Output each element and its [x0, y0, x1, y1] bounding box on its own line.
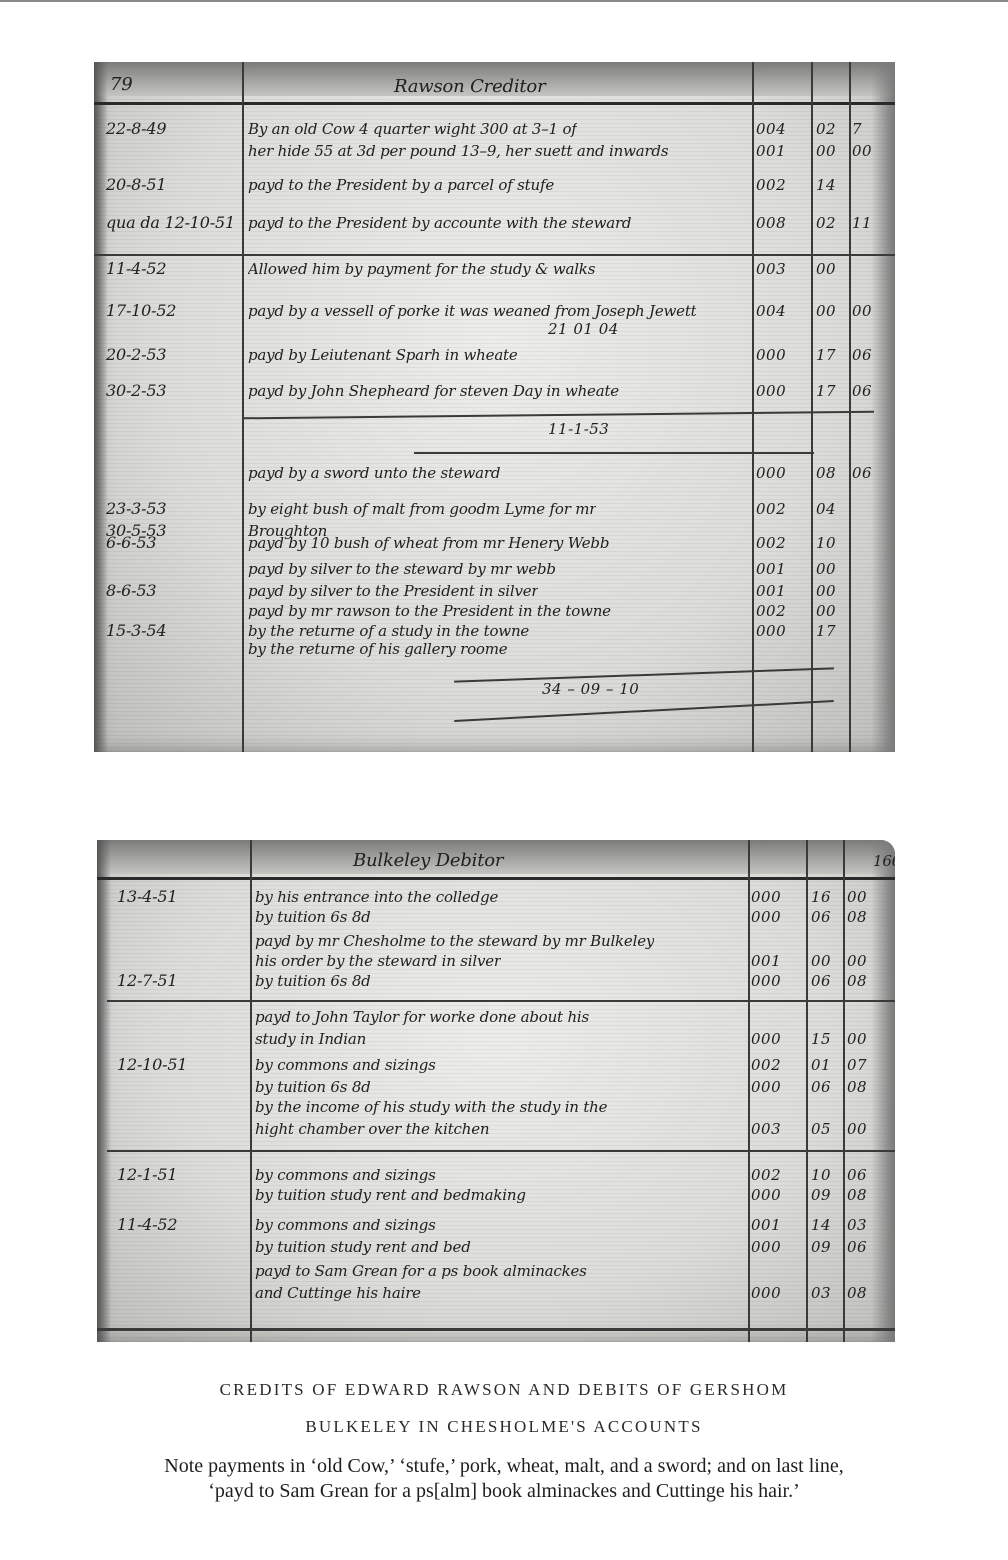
entry-shillings: 00	[816, 582, 836, 600]
entry-shillings: 17	[816, 622, 836, 640]
entry-description: by eight bush of malt from goodm Lyme fo…	[248, 500, 596, 518]
entry-shillings: 04	[816, 500, 836, 518]
ledger-page-number: 79	[110, 76, 133, 94]
bottom-rule	[97, 1328, 895, 1331]
top-border-rule	[0, 0, 1008, 2]
entry-date: 17-10-52	[106, 302, 176, 320]
entry-date: 12-7-51	[117, 972, 177, 990]
entry-shillings: 05	[811, 1120, 831, 1138]
entry-description: payd by mr Chesholme to the steward by m…	[255, 932, 654, 950]
entry-pence: 7	[852, 120, 862, 138]
entry-date: 13-4-51	[117, 888, 177, 906]
entry-shillings: 15	[811, 1030, 831, 1048]
total-rule-lower	[454, 700, 834, 722]
entry-date: 6-6-53	[106, 534, 156, 552]
entry-shillings: 06	[811, 908, 831, 926]
ledger-total: 34 – 09 – 10	[542, 680, 639, 698]
entry-pence: 08	[847, 908, 867, 926]
entry-date: 30-2-53	[106, 382, 166, 400]
entry-description: by tuition study rent and bedmaking	[255, 1186, 526, 1204]
entry-description: by commons and sizings	[255, 1166, 436, 1184]
entry-description: hight chamber over the kitchen	[255, 1120, 489, 1138]
entry-description: 11-1-53	[548, 420, 609, 438]
entry-description: Allowed him by payment for the study & w…	[248, 260, 595, 278]
entry-pounds: 000	[751, 1238, 781, 1256]
entry-description: by the income of his study with the stud…	[255, 1098, 607, 1116]
entry-pounds: 000	[756, 346, 786, 364]
entry-description: payd by a vessell of porke it was weaned…	[248, 302, 696, 320]
entry-pence: 08	[847, 1186, 867, 1204]
entry-date: 22-8-49	[106, 120, 166, 138]
entry-pence: 00	[847, 952, 867, 970]
entry-description: by commons and sizings	[255, 1216, 436, 1234]
entry-pounds: 003	[756, 260, 786, 278]
entry-description: payd by John Shepheard for steven Day in…	[248, 382, 619, 400]
entry-description: study in Indian	[255, 1030, 366, 1048]
entry-pounds: 000	[756, 464, 786, 482]
entry-pence: 00	[852, 142, 872, 160]
entry-shillings: 01	[811, 1056, 831, 1074]
entry-shillings: 03	[811, 1284, 831, 1302]
entry-shillings: 00	[816, 560, 836, 578]
entry-shillings: 06	[811, 972, 831, 990]
entry-pounds: 001	[756, 142, 786, 160]
entry-shillings: 17	[816, 382, 836, 400]
caption-note-line-2: ‘payd to Sam Grean for a ps[alm] book al…	[0, 1479, 1008, 1504]
entry-description: payd by Leiutenant Sparh in wheate	[248, 346, 518, 364]
header-rule	[97, 877, 895, 880]
entry-pence: 11	[852, 214, 872, 232]
entry-date: 20-8-51	[106, 176, 166, 194]
ledger-title: Bulkeley Debitor	[353, 852, 503, 870]
entry-shillings: 06	[811, 1078, 831, 1096]
entry-description: payd by 10 bush of wheat from mr Henery …	[248, 534, 609, 552]
entry-shillings: 09	[811, 1238, 831, 1256]
entry-pence: 00	[847, 1120, 867, 1138]
entry-pence: 07	[847, 1056, 867, 1074]
entry-pounds: 002	[751, 1056, 781, 1074]
entry-date: 11-4-52	[117, 1216, 177, 1234]
entry-description: by tuition study rent and bed	[255, 1238, 471, 1256]
entry-date: 20-2-53	[106, 346, 166, 364]
total-rule-upper	[454, 667, 834, 682]
entry-shillings: 09	[811, 1186, 831, 1204]
entry-date: 12-1-51	[117, 1166, 177, 1184]
entry-pence: 08	[847, 972, 867, 990]
entry-description: by tuition 6s 8d	[255, 908, 371, 926]
subtotal-rule	[414, 452, 814, 454]
pounds-column-rule	[748, 840, 750, 1342]
entry-description: by commons and sizings	[255, 1056, 436, 1074]
entry-pounds: 001	[756, 560, 786, 578]
date-column-rule	[242, 62, 244, 752]
entry-pounds: 002	[756, 602, 786, 620]
entry-description: payd by silver to the steward by mr webb	[248, 560, 556, 578]
entry-pounds: 004	[756, 120, 786, 138]
entry-shillings: 14	[811, 1216, 831, 1234]
entry-shillings: 00	[816, 602, 836, 620]
entry-pounds: 003	[751, 1120, 781, 1138]
entry-pounds: 000	[751, 888, 781, 906]
entry-description: by his entrance into the colledge	[255, 888, 498, 906]
entry-description: by tuition 6s 8d	[255, 972, 371, 990]
pence-column-rule	[843, 840, 845, 1342]
entry-shillings: 17	[816, 346, 836, 364]
entry-description: payd by a sword unto the steward	[248, 464, 500, 482]
entry-shillings: 00	[816, 260, 836, 278]
entry-shillings: 00	[816, 302, 836, 320]
ledger-page-number: 166	[873, 852, 895, 870]
entry-date: 11-4-52	[106, 260, 166, 278]
caption-note-line-1: Note payments in ‘old Cow,’ ‘stufe,’ por…	[0, 1454, 1008, 1479]
entry-description: payd to Sam Grean for a ps book alminack…	[255, 1262, 587, 1280]
entry-pounds: 002	[751, 1166, 781, 1184]
header-rule	[94, 102, 895, 105]
ledger-photo-rawson-creditor: 79 Rawson Creditor 22-8-49By an old Cow …	[94, 62, 895, 752]
entry-pounds: 002	[756, 534, 786, 552]
entry-shillings: 10	[816, 534, 836, 552]
entry-shillings: 14	[816, 176, 836, 194]
entry-description: by the returne of a study in the towne	[248, 622, 529, 640]
entry-shillings: 10	[811, 1166, 831, 1184]
entry-pence: 00	[847, 888, 867, 906]
entry-description: by tuition 6s 8d	[255, 1078, 371, 1096]
entry-pence: 03	[847, 1216, 867, 1234]
entry-description: by the returne of his gallery roome	[248, 640, 507, 658]
ledger-photo-bulkeley-debitor: 166 Bulkeley Debitor 13-4-51by his entra…	[97, 840, 895, 1342]
entry-description: payd by mr rawson to the President in th…	[248, 602, 611, 620]
entry-shillings: 02	[816, 214, 836, 232]
entry-pounds: 001	[756, 582, 786, 600]
entry-pounds: 000	[751, 1030, 781, 1048]
entry-shillings: 08	[816, 464, 836, 482]
entry-pounds: 008	[756, 214, 786, 232]
entry-description: payd to the President by a parcel of stu…	[248, 176, 554, 194]
entry-date: 8-6-53	[106, 582, 156, 600]
entry-description: payd by silver to the President in silve…	[248, 582, 538, 600]
ledger-title: Rawson Creditor	[394, 78, 545, 96]
entry-date: 15-3-54	[106, 622, 166, 640]
entry-pounds: 001	[751, 952, 781, 970]
entry-pence: 06	[852, 346, 872, 364]
entry-shillings: 16	[811, 888, 831, 906]
section-rule	[107, 1000, 895, 1002]
entry-shillings: 00	[816, 142, 836, 160]
section-rule	[107, 1150, 895, 1152]
entry-pounds: 000	[751, 1186, 781, 1204]
entry-description: and Cuttinge his haire	[255, 1284, 421, 1302]
entry-pounds: 002	[756, 500, 786, 518]
entry-pounds: 000	[751, 908, 781, 926]
entry-pence: 00	[852, 302, 872, 320]
caption-title-line-1: Credits of Edward Rawson and Debits of G…	[0, 1380, 1008, 1400]
entry-pounds: 000	[751, 1078, 781, 1096]
entry-pounds: 000	[756, 382, 786, 400]
entry-description: 21 01 04	[548, 320, 619, 338]
entry-pence: 08	[847, 1078, 867, 1096]
entry-date: qua da 12-10-51	[106, 214, 235, 232]
entry-pounds: 001	[751, 1216, 781, 1234]
caption-title-line-2: Bulkeley in Chesholme's Accounts	[0, 1417, 1008, 1437]
entry-description: payd to John Taylor for worke done about…	[255, 1008, 589, 1026]
entry-pence: 06	[852, 382, 872, 400]
entry-shillings: 00	[811, 952, 831, 970]
section-rule	[94, 254, 895, 256]
entry-pence: 00	[847, 1030, 867, 1048]
entry-description: his order by the steward in silver	[255, 952, 501, 970]
pounds-column-rule	[752, 62, 754, 752]
entry-date: 23-3-53	[106, 500, 166, 518]
entry-description: payd to the President by accounte with t…	[248, 214, 631, 232]
shillings-column-rule	[806, 840, 808, 1342]
entry-pence: 08	[847, 1284, 867, 1302]
entry-pounds: 000	[756, 622, 786, 640]
entry-pounds: 004	[756, 302, 786, 320]
shillings-column-rule	[811, 62, 813, 752]
entry-pounds: 002	[756, 176, 786, 194]
entry-description: By an old Cow 4 quarter wight 300 at 3–1…	[248, 120, 577, 138]
entry-pence: 06	[852, 464, 872, 482]
entry-pence: 06	[847, 1238, 867, 1256]
entry-date: 12-10-51	[117, 1056, 187, 1074]
date-column-rule	[250, 840, 252, 1342]
entry-pounds: 000	[751, 1284, 781, 1302]
entry-rule	[244, 411, 874, 420]
entry-pounds: 000	[751, 972, 781, 990]
entry-description: her hide 55 at 3d per pound 13–9, her su…	[248, 142, 668, 160]
entry-pence: 06	[847, 1166, 867, 1184]
entry-shillings: 02	[816, 120, 836, 138]
pence-column-rule	[849, 62, 851, 752]
